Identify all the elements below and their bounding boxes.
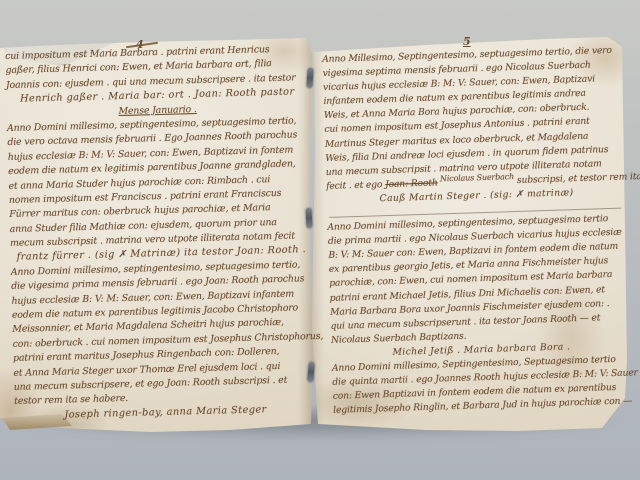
struck-out-text: Joan: Rooth xyxy=(385,177,438,190)
page-number-value: 5 xyxy=(463,35,471,48)
inserted-above-text: Nicolaus Suerbach xyxy=(437,172,514,183)
text-part: fecit . et ego xyxy=(326,179,385,192)
left-page-text: cui impositum est Maria Barbara . patrin… xyxy=(5,42,317,424)
page-number-right: 5 xyxy=(463,35,471,48)
right-page-text: Anno Millesimo, Septingentesimo, septuag… xyxy=(322,44,633,419)
manuscript-scan: 4 5 cui impositum est Maria Barbara . pa… xyxy=(0,0,640,480)
